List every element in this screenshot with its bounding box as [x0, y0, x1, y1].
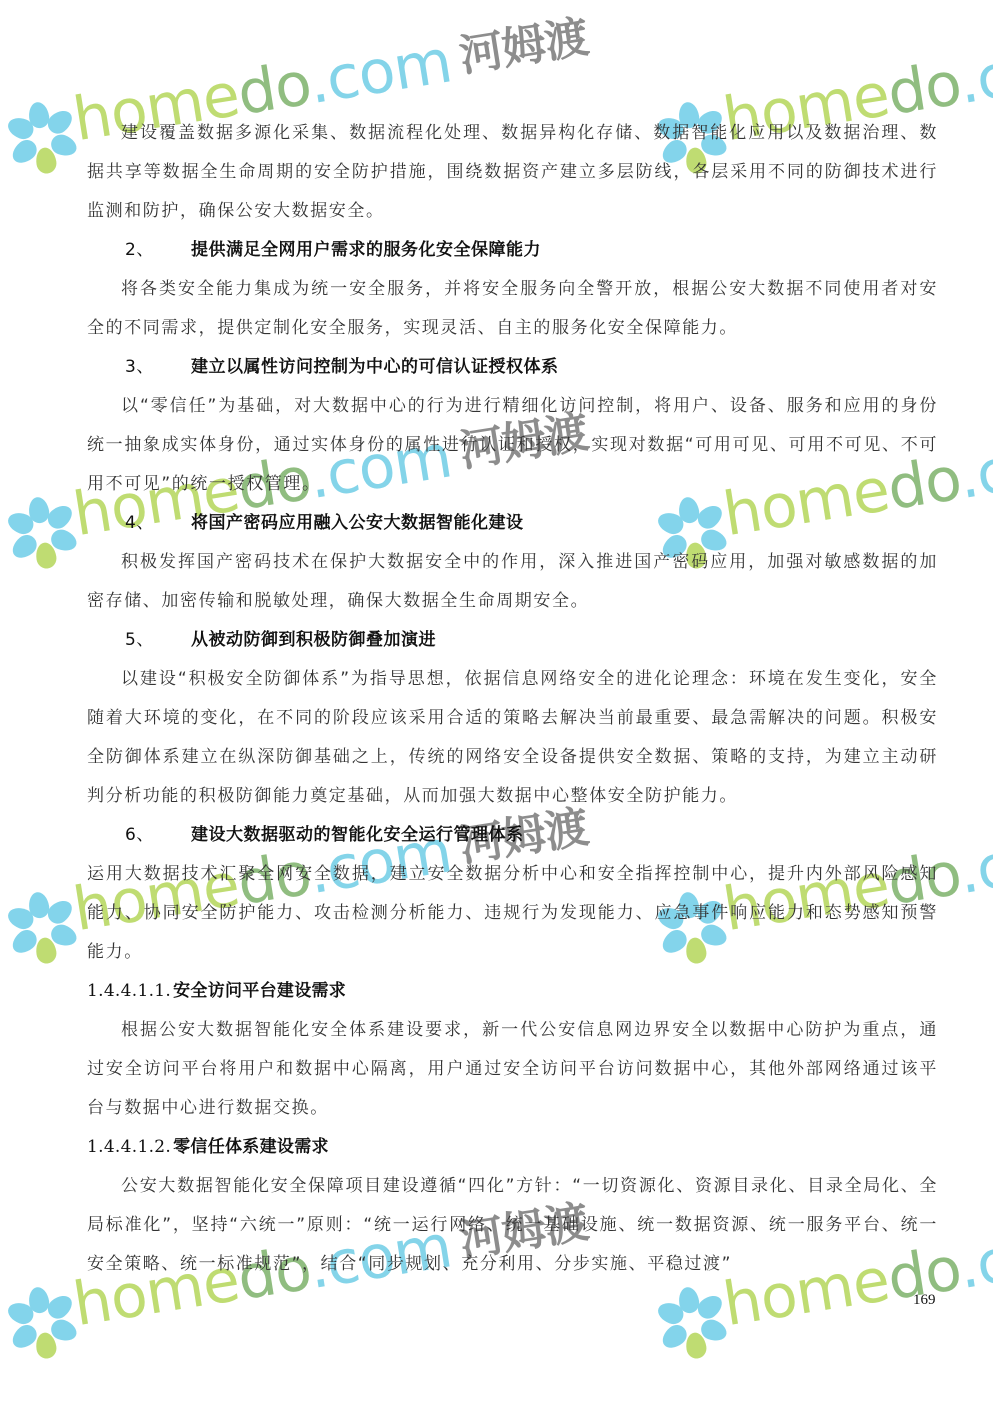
document-page: homedo.com河姆渡 homedo.com homedo.com河姆渡 — [0, 0, 993, 1403]
list-heading: 3、建立以属性访问控制为中心的可信认证授权体系 — [87, 348, 938, 387]
flower-logo-icon — [1, 1282, 83, 1364]
flower-logo-icon — [651, 1282, 733, 1364]
section-title: 零信任体系建设需求 — [173, 1137, 329, 1157]
paragraph: 以“零信任”为基础，对大数据中心的行为进行精细化访问控制，将用户、设备、服务和应… — [87, 387, 938, 504]
section-number: 1.4.4.1.1. — [87, 981, 171, 1001]
section-number: 1.4.4.1.2. — [87, 1137, 171, 1157]
list-heading-text: 建立以属性访问控制为中心的可信认证授权体系 — [191, 357, 559, 377]
section-heading: 1.4.4.1.1.安全访问平台建设需求 — [87, 972, 938, 1011]
section-heading: 1.4.4.1.2.零信任体系建设需求 — [87, 1128, 938, 1167]
paragraph: 运用大数据技术汇聚全网安全数据，建立安全数据分析中心和安全指挥控制中心，提升内外… — [87, 855, 938, 972]
paragraph: 建设覆盖数据多源化采集、数据流程化处理、数据异构化存储、数据智能化应用以及数据治… — [87, 114, 938, 231]
list-heading: 2、提供满足全网用户需求的服务化安全保障能力 — [87, 231, 938, 270]
list-number: 5、 — [125, 621, 191, 660]
list-number: 6、 — [125, 816, 191, 855]
flower-logo-icon — [1, 492, 83, 574]
paragraph: 根据公安大数据智能化安全体系建设要求，新一代公安信息网边界安全以数据中心防护为重… — [87, 1011, 938, 1128]
paragraph: 将各类安全能力集成为统一安全服务，并将安全服务向全警开放，根据公安大数据不同使用… — [87, 270, 938, 348]
paragraph: 公安大数据智能化安全保障项目建设遵循“四化”方针：“一切资源化、资源目录化、目录… — [87, 1167, 938, 1284]
list-number: 4、 — [125, 504, 191, 543]
paragraph: 以建设“积极安全防御体系”为指导思想，依据信息网络安全的进化论理念：环境在发生变… — [87, 660, 938, 816]
list-heading-text: 从被动防御到积极防御叠加演进 — [191, 630, 436, 650]
list-heading: 6、建设大数据驱动的智能化安全运行管理体系 — [87, 816, 938, 855]
list-heading-text: 建设大数据驱动的智能化安全运行管理体系 — [191, 825, 524, 845]
flower-logo-icon — [1, 887, 83, 969]
list-heading-text: 将国产密码应用融入公安大数据智能化建设 — [191, 513, 524, 533]
list-number: 2、 — [125, 231, 191, 270]
section-title: 安全访问平台建设需求 — [173, 981, 346, 1001]
list-heading: 5、从被动防御到积极防御叠加演进 — [87, 621, 938, 660]
page-number: 169 — [913, 1292, 936, 1309]
paragraph: 积极发挥国产密码技术在保护大数据安全中的作用，深入推进国产密码应用，加强对敏感数… — [87, 543, 938, 621]
list-heading: 4、将国产密码应用融入公安大数据智能化建设 — [87, 504, 938, 543]
document-body: 建设覆盖数据多源化采集、数据流程化处理、数据异构化存储、数据智能化应用以及数据治… — [87, 114, 938, 1284]
list-number: 3、 — [125, 348, 191, 387]
flower-logo-icon — [1, 97, 83, 179]
list-heading-text: 提供满足全网用户需求的服务化安全保障能力 — [191, 240, 541, 260]
